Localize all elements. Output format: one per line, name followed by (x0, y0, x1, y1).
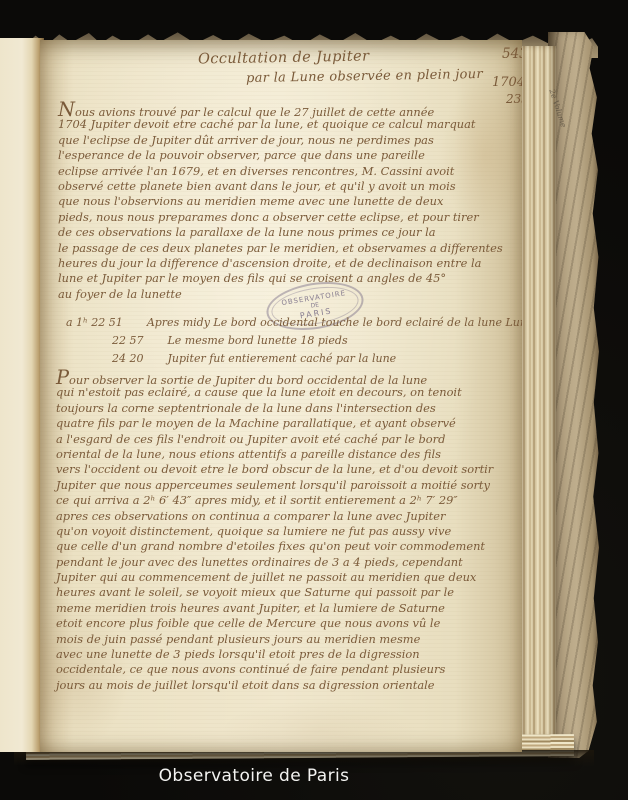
book-bottom-shadow (14, 750, 594, 766)
manuscript-line: vers l'occident ou devoit etre le bord o… (56, 462, 493, 477)
manuscript-page: Occultation de Jupiter par la Lune obser… (40, 40, 522, 752)
manuscript-line: de ces observations la parallaxe de la l… (58, 225, 503, 240)
manuscript-line: que l'eclipse de Jupiter dût arriver de … (58, 133, 503, 148)
manuscript-line: que nous l'observions au meridien meme a… (58, 194, 503, 209)
manuscript-line: pieds, nous nous preparames donc a obser… (58, 210, 503, 225)
manuscript-line: avec une lunette de 3 pieds lorsqu'il et… (56, 647, 493, 662)
observation-text: Apres midy Le bord occidental touche le … (147, 316, 522, 329)
observation-row: 24 20Jupiter fut entierement caché par l… (66, 350, 522, 368)
manuscript-line: ce qui arriva a 2ʰ 6′ 43″ apres midy, et… (56, 493, 493, 508)
manuscript-line: a l'esgard de ces fils l'endroit ou Jupi… (56, 432, 493, 447)
secondary-number: 233 (506, 92, 522, 106)
observation-row: a 1ʰ 22 51Apres midy Le bord occidental … (66, 314, 522, 332)
manuscript-line: heures du jour la difference d'ascension… (58, 256, 503, 271)
photo-caption: Observatoire de Paris (159, 766, 350, 786)
manuscript-line: le passage de ces deux planetes par le m… (58, 241, 503, 256)
manuscript-line: que celle d'un grand nombre d'etoiles fi… (56, 539, 493, 554)
manuscript-line: l'esperance de la pouvoir observer, parc… (58, 148, 503, 163)
paper-stain (220, 700, 420, 752)
folio-number: 543 (502, 46, 522, 62)
manuscript-line: occidentale, ce que nous avons continué … (56, 662, 493, 677)
manuscript-line: qu'on voyoit distinctement, quoique sa l… (56, 524, 493, 539)
observation-text: Jupiter fut entierement caché par la lun… (168, 352, 397, 365)
manuscript-line: meme meridien trois heures avant Jupiter… (56, 601, 493, 616)
year-number: 1704 (492, 75, 522, 90)
manuscript-line: observé cette planete bien avant dans le… (58, 179, 503, 194)
observation-times-block: a 1ʰ 22 51Apres midy Le bord occidental … (66, 314, 522, 369)
manuscript-line: oriental de la lune, nous etions attenti… (56, 447, 493, 462)
observation-time: a 1ʰ 22 51 (66, 316, 123, 329)
manuscript-line: toujours la corne septentrionale de la l… (56, 401, 493, 416)
manuscript-line: Jupiter que nous apperceumes seulement l… (56, 478, 493, 493)
manuscript-line: Pour observer la sortie de Jupiter du bo… (56, 370, 493, 385)
page-stack-right-edges (516, 46, 556, 748)
manuscript-line: mois de juin passé pendant plusieurs jou… (56, 632, 493, 647)
photo-background: 2e Volume Occultation de Jupiter par la … (0, 0, 628, 800)
manuscript-title-line1: Occultation de Jupiter (198, 49, 370, 68)
manuscript-line: Nous avions trouvé par le calcul que le … (58, 102, 503, 117)
gutter-facing-page (0, 38, 44, 752)
manuscript-line: quatre fils par le moyen de la Machine p… (56, 416, 493, 431)
manuscript-line: eclipse arrivée l'an 1679, et en diverse… (58, 164, 503, 179)
manuscript-line: qui n'estoit pas eclairé, a cause que la… (56, 385, 493, 400)
manuscript-line: 1704 Jupiter devoit etre caché par la lu… (58, 117, 503, 132)
manuscript-line: apres ces observations on continua a com… (56, 509, 493, 524)
observation-text: Le mesme bord lunette 18 pieds (168, 334, 348, 347)
observation-row: 22 57Le mesme bord lunette 18 pieds (66, 332, 522, 350)
observation-time: 22 57 (112, 334, 144, 347)
manuscript-line: jours au mois de juillet lorsqu'il etoit… (56, 678, 493, 693)
manuscript-line: etoit encore plus foible que celle de Me… (56, 616, 493, 631)
manuscript-line: lune et Jupiter par le moyen des fils qu… (58, 271, 503, 286)
paragraph-1: Nous avions trouvé par le calcul que le … (58, 102, 503, 302)
manuscript-line: Jupiter qui au commencement de juillet n… (56, 570, 493, 585)
paragraph-2: Pour observer la sortie de Jupiter du bo… (56, 370, 493, 693)
manuscript-title-line2: par la Lune observée en plein jour (246, 67, 483, 86)
observation-time: 24 20 (112, 352, 144, 365)
manuscript-line: heures avant le soleil, se voyoit mieux … (56, 585, 493, 600)
manuscript-line: pendant le jour avec des lunettes ordina… (56, 555, 493, 570)
